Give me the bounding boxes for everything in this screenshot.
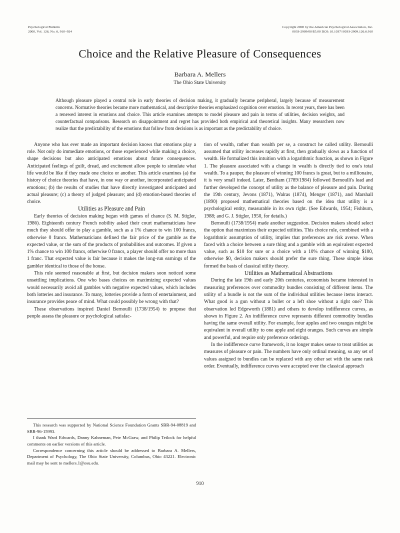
doi-line: 0033-2909/00/$5.00 DOI: 10.1037//0033-29… xyxy=(282,29,373,33)
section-heading-utilities-mathematical-abstractions: Utilities as Mathematical Abstractions xyxy=(204,270,373,277)
body-paragraph: Anyone who has ever made an important de… xyxy=(27,141,196,205)
abstract-text: Although pleasure played a central role … xyxy=(56,98,345,133)
running-head: Psychological Bulletin 2000, Vol. 126, N… xyxy=(0,0,400,34)
author-affiliation: The Ohio State University xyxy=(0,80,400,86)
body-paragraph: During the late 19th and early 20th cent… xyxy=(204,277,373,341)
body-paragraph: tion of wealth, rather than wealth per s… xyxy=(204,141,373,220)
paper-title: Choice and the Relative Pleasure of Cons… xyxy=(20,48,380,61)
footnote-correspondence: Correspondence concerning this article s… xyxy=(27,447,196,466)
scanned-page-viewport: Psychological Bulletin 2000, Vol. 126, N… xyxy=(0,0,400,533)
author-name: Barbara A. Mellers xyxy=(0,71,400,79)
author-note-footnotes: This research was supported by National … xyxy=(27,418,196,466)
left-column: Anyone who has ever made an important de… xyxy=(27,141,196,466)
journal-issue-line: 2000, Vol. 126, No. 6, 910–924 xyxy=(28,29,72,33)
footnote-acknowledgments: I thank Ward Edwards, Danny Kahneman, Pe… xyxy=(27,435,196,448)
journal-page: Psychological Bulletin 2000, Vol. 126, N… xyxy=(0,0,400,533)
section-heading-utilities-pleasure-pain: Utilities as Pleasure and Pain xyxy=(27,206,196,213)
copyright-block: Copyright 2000 by the American Psycholog… xyxy=(282,25,373,34)
body-paragraph: Bernoulli (1738/1954) made another sugge… xyxy=(204,220,373,270)
footnote-funding: This research was supported by National … xyxy=(27,422,196,435)
body-paragraph: This rule seemed reasonable at first, bu… xyxy=(27,270,196,306)
body-paragraph: These observations inspired Daniel Berno… xyxy=(27,306,196,320)
body-paragraph: In the indifference curve framework, it … xyxy=(204,342,373,371)
journal-info-block: Psychological Bulletin 2000, Vol. 126, N… xyxy=(28,25,72,34)
body-paragraph: Early theories of decision making began … xyxy=(27,213,196,270)
page-number: 910 xyxy=(0,481,400,487)
body-columns: Anyone who has ever made an important de… xyxy=(0,141,400,466)
right-column: tion of wealth, rather than wealth per s… xyxy=(204,141,373,466)
